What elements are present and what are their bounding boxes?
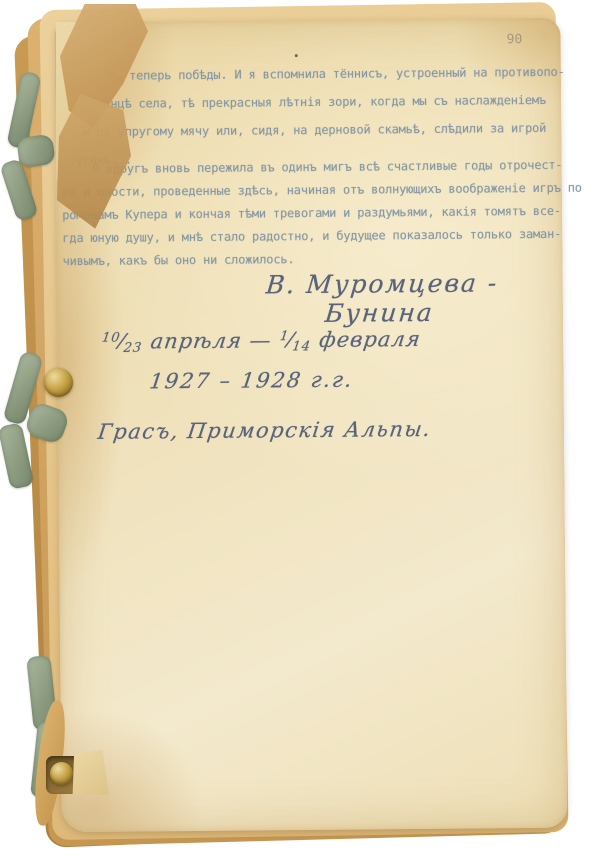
date-fraction-to: 1⁄14 [278,328,314,355]
handwritten-location: Грасъ, Приморскія Альпы. [96,417,433,444]
date-month-from: апрѣля [149,329,243,354]
manuscript-page: 90 шелъ теперь побѣды. И я вспомнила тён… [54,18,567,832]
date-separator: — [248,328,273,352]
typed-line: ряли по упругому мячу или, сидя, на дерн… [61,114,559,146]
photo-of-manuscript: 90 шелъ теперь побѣды. И я вспомнила тён… [0,0,600,857]
date-month-to: февраля [318,327,422,352]
handwritten-date-range: 10⁄23 апрѣля — 1⁄14 февраля [100,327,423,356]
typed-paragraph-2: Я вдругъ вновь пережила въ одинъ мигъ вс… [62,154,561,273]
handwritten-signature: В. Муромцева - Бунина [204,268,558,329]
brass-fastener-middle [44,368,73,397]
ink-speck [295,54,298,57]
brass-fastener-bottom [50,762,73,785]
typed-line: шелъ теперь побѣды. И я вспомнила тённис… [61,58,559,90]
date-fraction-from: 10⁄23 [100,329,145,356]
typed-line: номъ концѣ села, тѣ прекрасныя лѣтнія зо… [61,86,559,118]
handwritten-years: 1927 – 1928 г.г. [148,368,355,394]
page-number: 90 [507,32,523,47]
